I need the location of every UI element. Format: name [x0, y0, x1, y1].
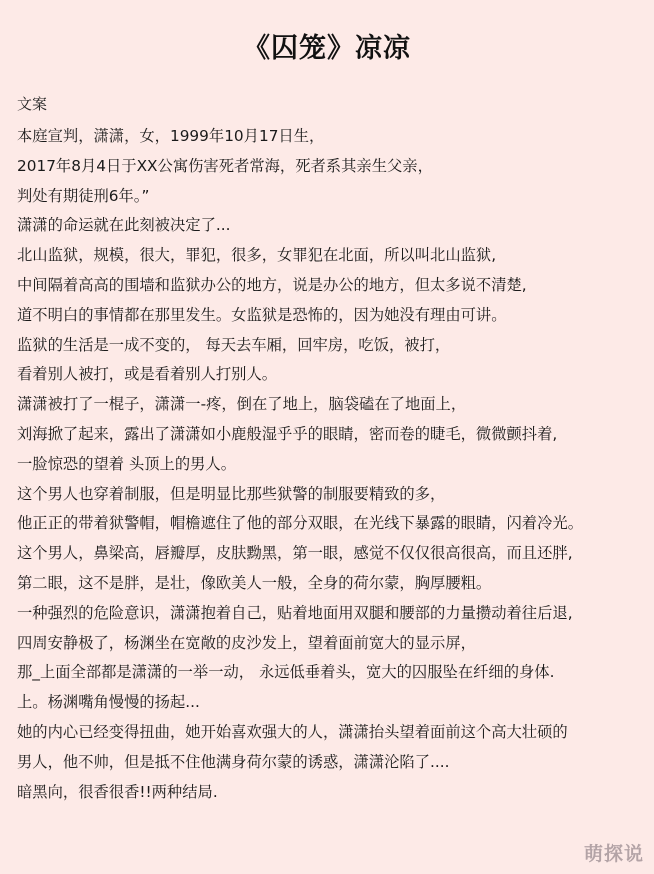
text-line: 第二眼，这不是胖，是壮，像欧美人一般，全身的荷尔蒙，胸厚腰粗。 [17, 569, 648, 599]
document-title: 《囚笼》凉凉 [0, 26, 654, 65]
text-line: 他正正的带着狱警帽，帽檐遮住了他的部分双眼，在光线下暴露的眼睛，闪着冷光。 [17, 509, 648, 539]
text-line: 这个男人也穿着制服，但是明显比那些狱警的制服要精致的多， [17, 480, 648, 510]
text-line: 监狱的生活是一成不变的， 每天去车厢，回牢房，吃饭，被打， [17, 331, 648, 361]
text-line: 中间隔着高高的围墙和监狱办公的地方，说是办公的地方，但太多说不清楚, [17, 271, 648, 301]
text-line: 2017年8月4日于XX公寓伤害死者常海，死者系其亲生父亲， [17, 152, 648, 182]
text-line: 一脸惊恐的望着 头顶上的男人。 [17, 450, 648, 480]
text-line: 潇潇被打了一棍子，潇潇一-疼，倒在了地上，脑袋磕在了地面上， [17, 390, 648, 420]
text-line: 道不明白的事情都在那里发生。女监狱是恐怖的，因为她没有理由可讲。 [17, 301, 648, 331]
text-line: 四周安静极了，杨渊坐在宽敞的皮沙发上，望着面前宽大的显示屏， [17, 629, 648, 659]
text-line: 一种强烈的危险意识，潇潇抱着自己，贴着地面用双腿和腰部的力量攒动着往后退, [17, 599, 648, 629]
text-line: 那_上面全部都是潇潇的一举一动， 永远低垂着头，宽大的囚服坠在纤细的身体. [17, 658, 648, 688]
section-label: 文案 [17, 93, 47, 114]
watermark: 萌探说 [584, 839, 644, 866]
text-line: 暗黑向，很香很香!!两种结局. [17, 778, 648, 808]
text-line: 上。杨渊嘴角慢慢的扬起... [17, 688, 648, 718]
text-line: 看着别人被打，或是看着别人打别人。 [17, 360, 648, 390]
text-line: 这个男人，鼻梁高，唇瓣厚，皮肤黝黑，第一眼，感觉不仅仅很高很高，而且还胖, [17, 539, 648, 569]
synopsis-body: 本庭宣判，潇潇，女，1999年10月17日生， 2017年8月4日于XX公寓伤害… [17, 122, 648, 807]
text-line: 她的内心已经变得扭曲，她开始喜欢强大的人，潇潇抬头望着面前这个高大壮硕的 [17, 718, 648, 748]
text-line: 潇潇的命运就在此刻被决定了... [17, 211, 648, 241]
text-line: 判处有期徒刑6年。” [17, 182, 648, 212]
text-line: 男人，他不帅，但是抵不住他满身荷尔蒙的诱惑，潇潇沦陷了.... [17, 748, 648, 778]
text-line: 刘海掀了起来，露出了潇潇如小鹿般湿乎乎的眼睛，密而卷的睫毛，微微颤抖着, [17, 420, 648, 450]
text-line: 本庭宣判，潇潇，女，1999年10月17日生， [17, 122, 648, 152]
text-line: 北山监狱，规模，很大，罪犯，很多，女罪犯在北面，所以叫北山监狱, [17, 241, 648, 271]
